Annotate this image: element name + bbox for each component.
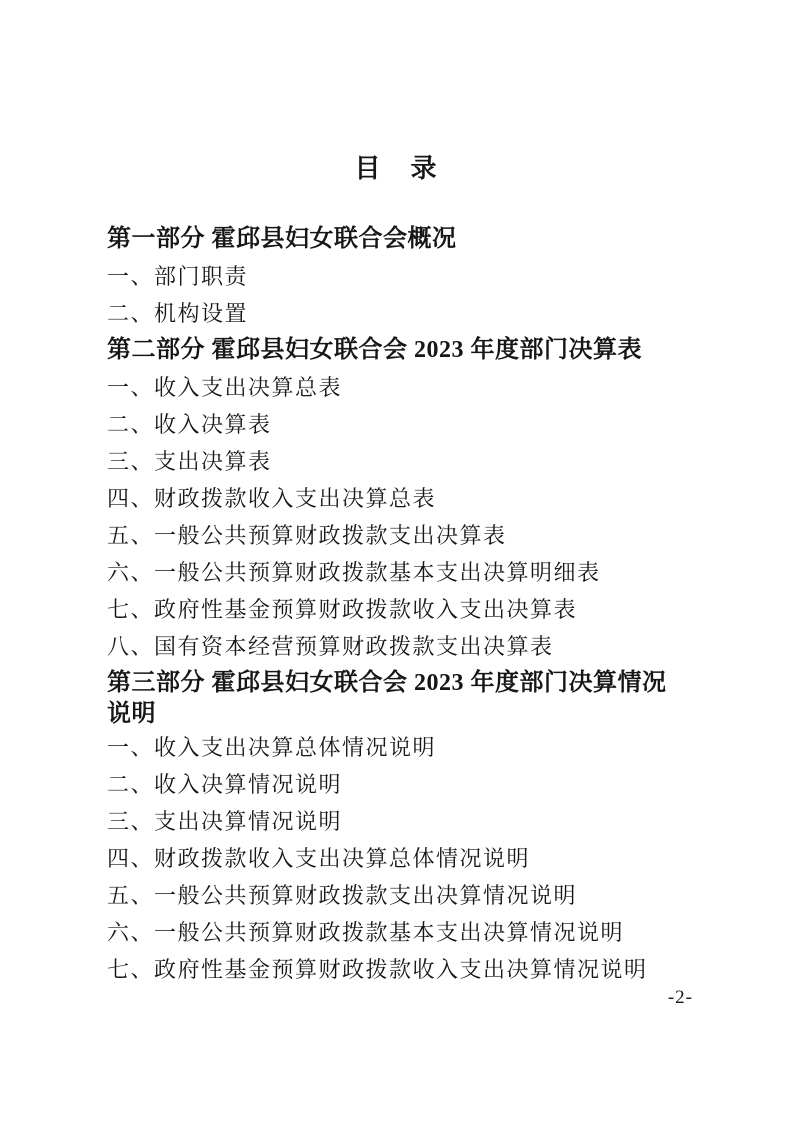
toc-entry: 四、财政拨款收入支出决算总表 (107, 480, 685, 517)
toc-entry: 一、收入支出决算总表 (107, 369, 685, 406)
toc-entry: 三、支出决算情况说明 (107, 803, 685, 840)
toc-entry: 四、财政拨款收入支出决算总体情况说明 (107, 840, 685, 877)
page-title: 目 录 (0, 148, 793, 185)
toc-entry: 七、政府性基金预算财政拨款收入支出决算情况说明 (107, 951, 685, 988)
document-page: 目 录 第一部分 霍邱县妇女联合会概况 一、部门职责 二、机构设置 第二部分 霍… (0, 0, 793, 1122)
table-of-contents: 第一部分 霍邱县妇女联合会概况 一、部门职责 二、机构设置 第二部分 霍邱县妇女… (107, 221, 685, 988)
toc-entry: 三、支出决算表 (107, 443, 685, 480)
toc-entry: 六、一般公共预算财政拨款基本支出决算情况说明 (107, 914, 685, 951)
toc-entry: 一、部门职责 (107, 258, 685, 295)
toc-entry: 二、收入决算情况说明 (107, 766, 685, 803)
toc-entry: 六、一般公共预算财政拨款基本支出决算明细表 (107, 554, 685, 591)
toc-entry: 五、一般公共预算财政拨款支出决算表 (107, 517, 685, 554)
toc-entry: 五、一般公共预算财政拨款支出决算情况说明 (107, 877, 685, 914)
toc-entry: 二、收入决算表 (107, 406, 685, 443)
toc-section-2-heading: 第二部分 霍邱县妇女联合会 2023 年度部门决算表 (107, 332, 685, 369)
toc-entry: 二、机构设置 (107, 295, 685, 332)
toc-entry: 一、收入支出决算总体情况说明 (107, 729, 685, 766)
toc-entry: 八、国有资本经营预算财政拨款支出决算表 (107, 628, 685, 665)
toc-section-1-heading: 第一部分 霍邱县妇女联合会概况 (107, 221, 685, 258)
toc-section-3-heading: 第三部分 霍邱县妇女联合会 2023 年度部门决算情况说明 (107, 665, 685, 729)
page-number: -2- (668, 987, 693, 1009)
toc-entry: 七、政府性基金预算财政拨款收入支出决算表 (107, 591, 685, 628)
